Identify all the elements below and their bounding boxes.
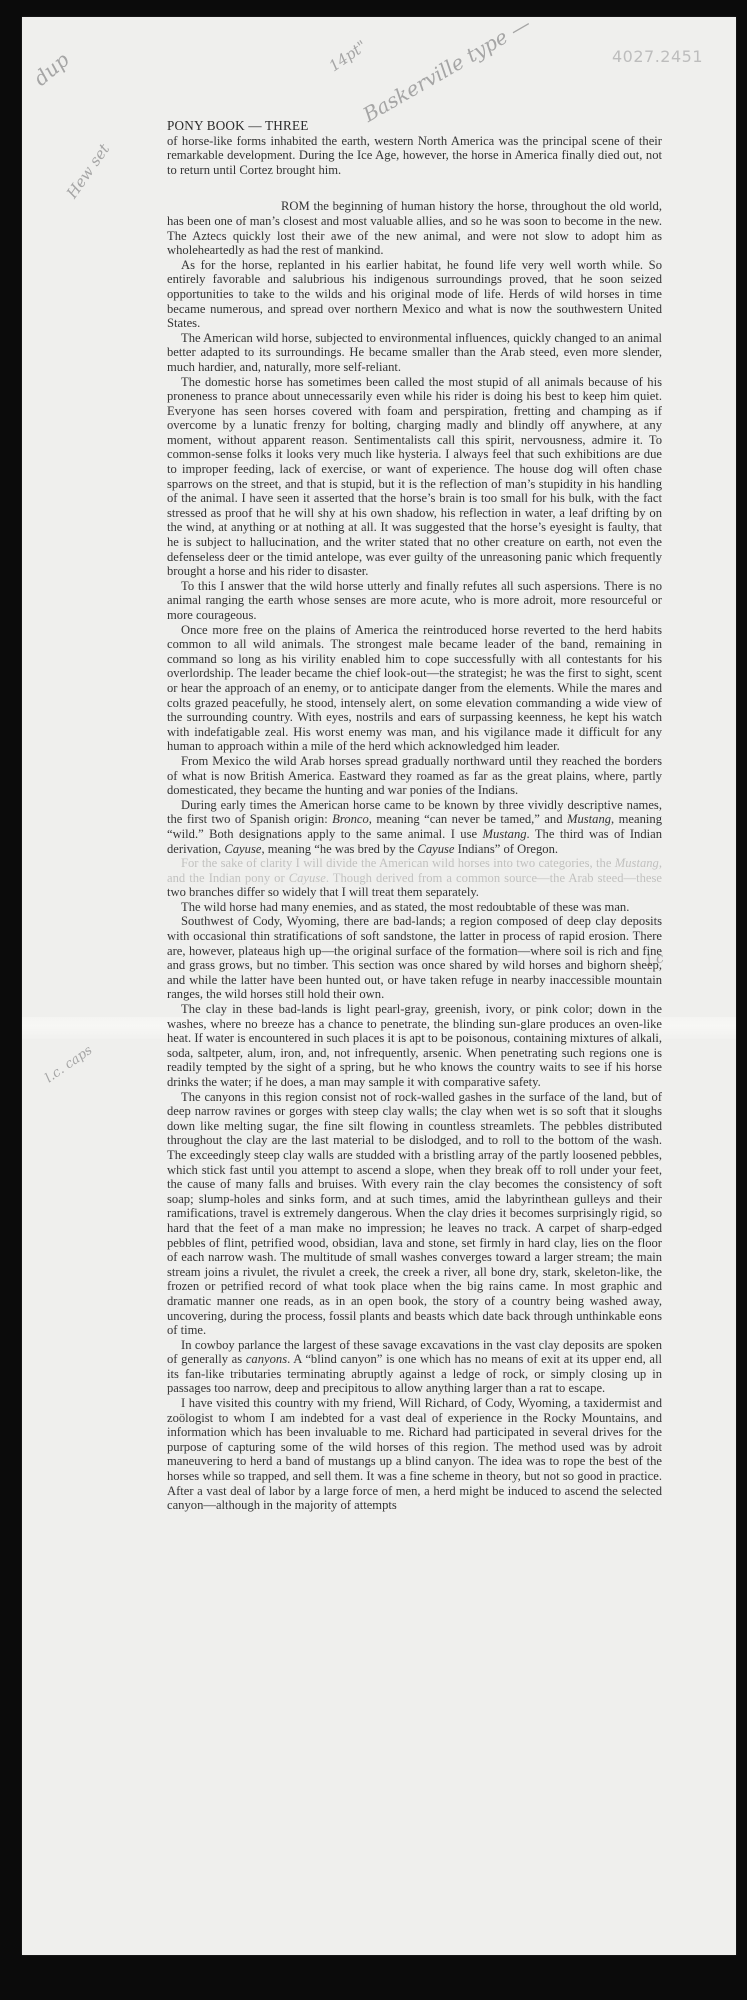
- paragraph: In cowboy parlance the largest of these …: [167, 1338, 662, 1396]
- pencil-note-size: 14pt": [326, 37, 370, 76]
- italic-term: Mustang: [615, 856, 659, 870]
- paragraph: As for the horse, replanted in his earli…: [167, 258, 662, 331]
- italic-term: Mustang: [482, 827, 526, 841]
- paragraph-faded: For the sake of clarity I will divide th…: [167, 856, 662, 900]
- accession-number: 4027.2451: [612, 47, 703, 66]
- pencil-margin-note-dup: dup: [29, 47, 74, 90]
- italic-term: Bronco: [332, 812, 369, 826]
- italic-term: canyons: [246, 1352, 287, 1366]
- document-page: 4027.2451 14pt" Baskerville type — dup H…: [22, 17, 736, 1955]
- running-head: PONY BOOK — THREE: [167, 119, 662, 134]
- italic-term: Cayuse: [289, 871, 326, 885]
- paragraph: The clay in these bad-lands is light pea…: [167, 1002, 662, 1090]
- text-column: PONY BOOK — THREE of horse-like forms in…: [167, 119, 662, 1513]
- paragraph: The American wild horse, subjected to en…: [167, 331, 662, 375]
- italic-term: Mustang: [567, 812, 611, 826]
- paragraph: The wild horse had many enemies, and as …: [167, 900, 662, 915]
- paragraph: Once more free on the plains of America …: [167, 623, 662, 754]
- italic-term: Cayuse: [224, 842, 261, 856]
- paragraph: The domestic horse has sometimes been ca…: [167, 375, 662, 579]
- paragraph-opening: ROM the beginning of human history the h…: [167, 199, 662, 257]
- paragraph: From Mexico the wild Arab horses spread …: [167, 754, 662, 798]
- paragraph: To this I answer that the wild horse utt…: [167, 579, 662, 623]
- paragraph: Southwest of Cody, Wyoming, there are ba…: [167, 914, 662, 1002]
- paragraph: The canyons in this region consist not o…: [167, 1090, 662, 1338]
- paragraph: During early times the American horse ca…: [167, 798, 662, 856]
- paragraph: of horse-like forms inhabited the earth,…: [167, 134, 662, 178]
- pencil-note-typeface: Baskerville type —: [359, 11, 535, 126]
- italic-term: Cayuse: [417, 842, 454, 856]
- pencil-margin-note-hew: Hew set: [63, 140, 113, 201]
- paragraph: I have visited this country with my frie…: [167, 1396, 662, 1513]
- pencil-margin-note-lc-caps: l.c. caps: [43, 1043, 96, 1086]
